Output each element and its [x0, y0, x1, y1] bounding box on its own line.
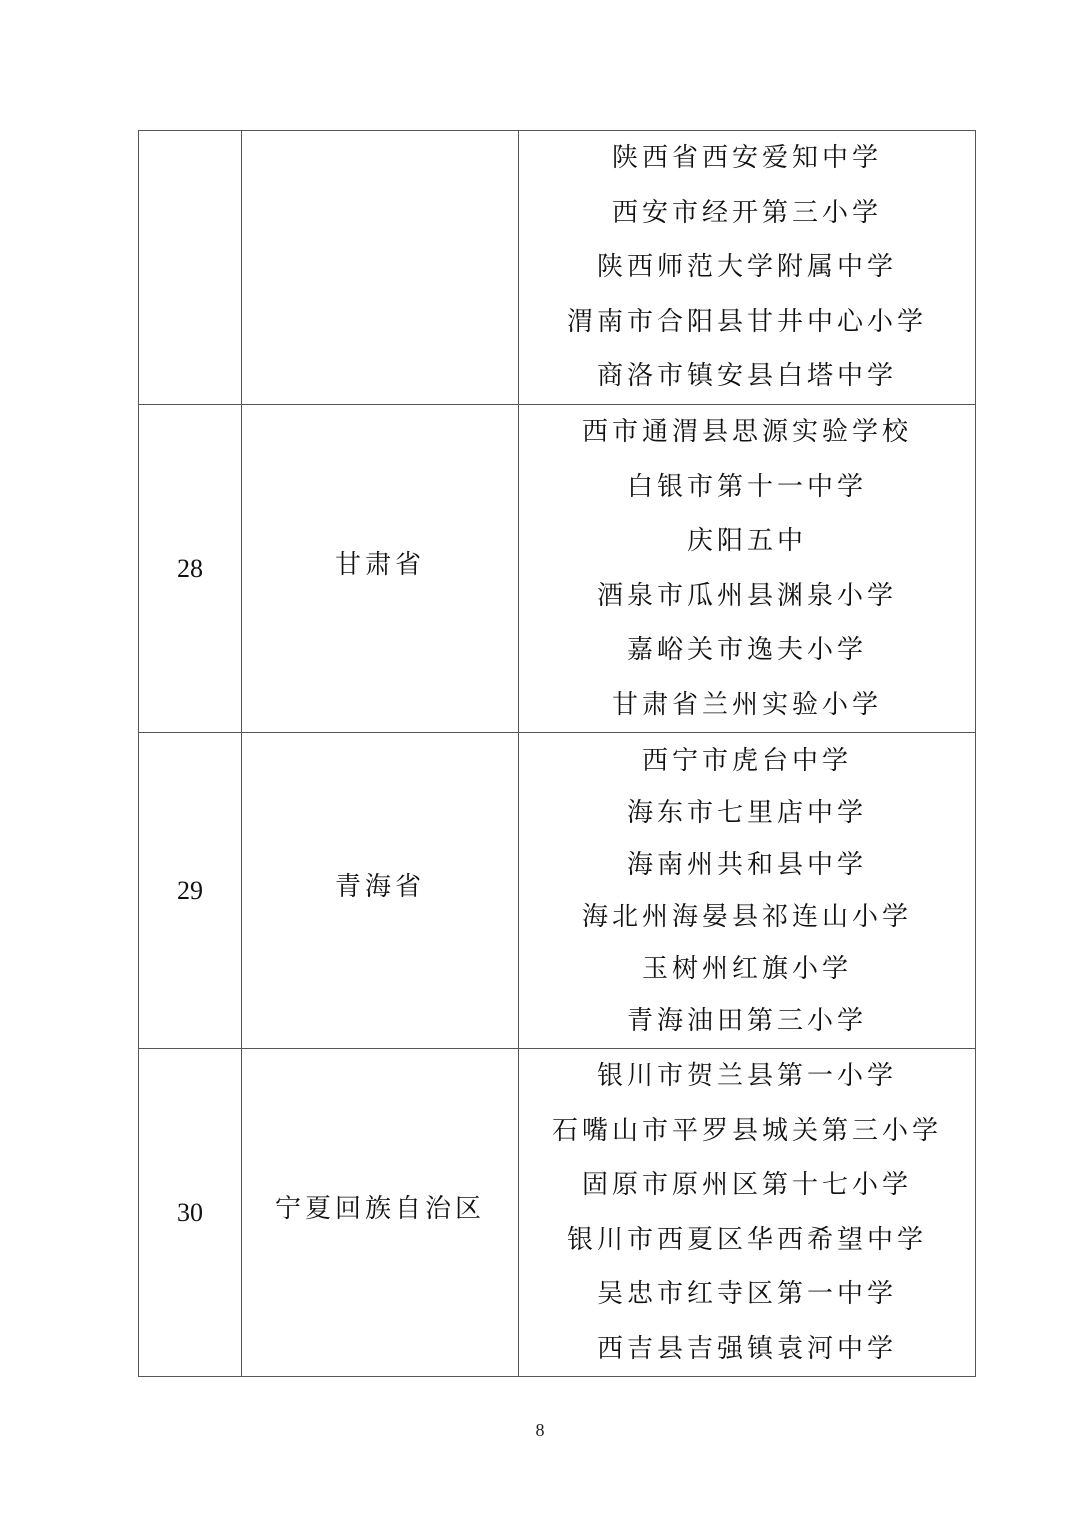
table-row: 28 甘肃省 西市通渭县思源实验学校 白银市第十一中学 庆阳五中 酒泉市瓜州县渊…: [139, 405, 976, 733]
row-index: [139, 131, 242, 405]
province-cell: 青海省: [242, 733, 519, 1049]
school-name: 嘉峪关市逸夫小学: [519, 623, 975, 678]
school-name: 银川市贺兰县第一小学: [519, 1049, 975, 1104]
schools-cell: 银川市贺兰县第一小学 石嘴山市平罗县城关第三小学 固原市原州区第十七小学 银川市…: [519, 1049, 976, 1377]
school-name: 吴忠市红寺区第一中学: [519, 1267, 975, 1322]
province-name: 青海省: [335, 872, 425, 902]
school-name: 西吉县吉强镇袁河中学: [519, 1322, 975, 1377]
row-index: 29: [139, 733, 242, 1049]
province-name: 甘肃省: [335, 550, 425, 580]
school-name: 甘肃省兰州实验小学: [519, 678, 975, 733]
school-name: 玉树州红旗小学: [519, 943, 975, 995]
school-name: 商洛市镇安县白塔中学: [519, 349, 975, 404]
page-number: 8: [0, 1420, 1080, 1441]
table-row: 陕西省西安爱知中学 西安市经开第三小学 陕西师范大学附属中学 渭南市合阳县甘井中…: [139, 131, 976, 405]
school-name: 庆阳五中: [519, 514, 975, 569]
school-name: 石嘴山市平罗县城关第三小学: [519, 1104, 975, 1159]
school-name: 渭南市合阳县甘井中心小学: [519, 295, 975, 350]
school-name: 西市通渭县思源实验学校: [519, 405, 975, 460]
school-name: 西宁市虎台中学: [519, 735, 975, 787]
school-name: 海南州共和县中学: [519, 839, 975, 891]
school-name: 白银市第十一中学: [519, 460, 975, 515]
school-name: 固原市原州区第十七小学: [519, 1158, 975, 1213]
schools-cell: 陕西省西安爱知中学 西安市经开第三小学 陕西师范大学附属中学 渭南市合阳县甘井中…: [519, 131, 976, 405]
school-name: 陕西师范大学附属中学: [519, 240, 975, 295]
schools-cell: 西宁市虎台中学 海东市七里店中学 海南州共和县中学 海北州海晏县祁连山小学 玉树…: [519, 733, 976, 1049]
school-name: 海北州海晏县祁连山小学: [519, 891, 975, 943]
province-cell: [242, 131, 519, 405]
school-list-table: 陕西省西安爱知中学 西安市经开第三小学 陕西师范大学附属中学 渭南市合阳县甘井中…: [138, 130, 976, 1377]
province-name: 宁夏回族自治区: [275, 1194, 485, 1224]
school-name: 酒泉市瓜州县渊泉小学: [519, 569, 975, 624]
table-row: 30 宁夏回族自治区 银川市贺兰县第一小学 石嘴山市平罗县城关第三小学 固原市原…: [139, 1049, 976, 1377]
school-name: 银川市西夏区华西希望中学: [519, 1213, 975, 1268]
province-cell: 宁夏回族自治区: [242, 1049, 519, 1377]
table-row: 29 青海省 西宁市虎台中学 海东市七里店中学 海南州共和县中学 海北州海晏县祁…: [139, 733, 976, 1049]
school-name: 青海油田第三小学: [519, 995, 975, 1047]
school-name: 西安市经开第三小学: [519, 186, 975, 241]
school-name: 陕西省西安爱知中学: [519, 131, 975, 186]
province-cell: 甘肃省: [242, 405, 519, 733]
schools-cell: 西市通渭县思源实验学校 白银市第十一中学 庆阳五中 酒泉市瓜州县渊泉小学 嘉峪关…: [519, 405, 976, 733]
school-name: 海东市七里店中学: [519, 787, 975, 839]
row-index: 28: [139, 405, 242, 733]
row-index: 30: [139, 1049, 242, 1377]
